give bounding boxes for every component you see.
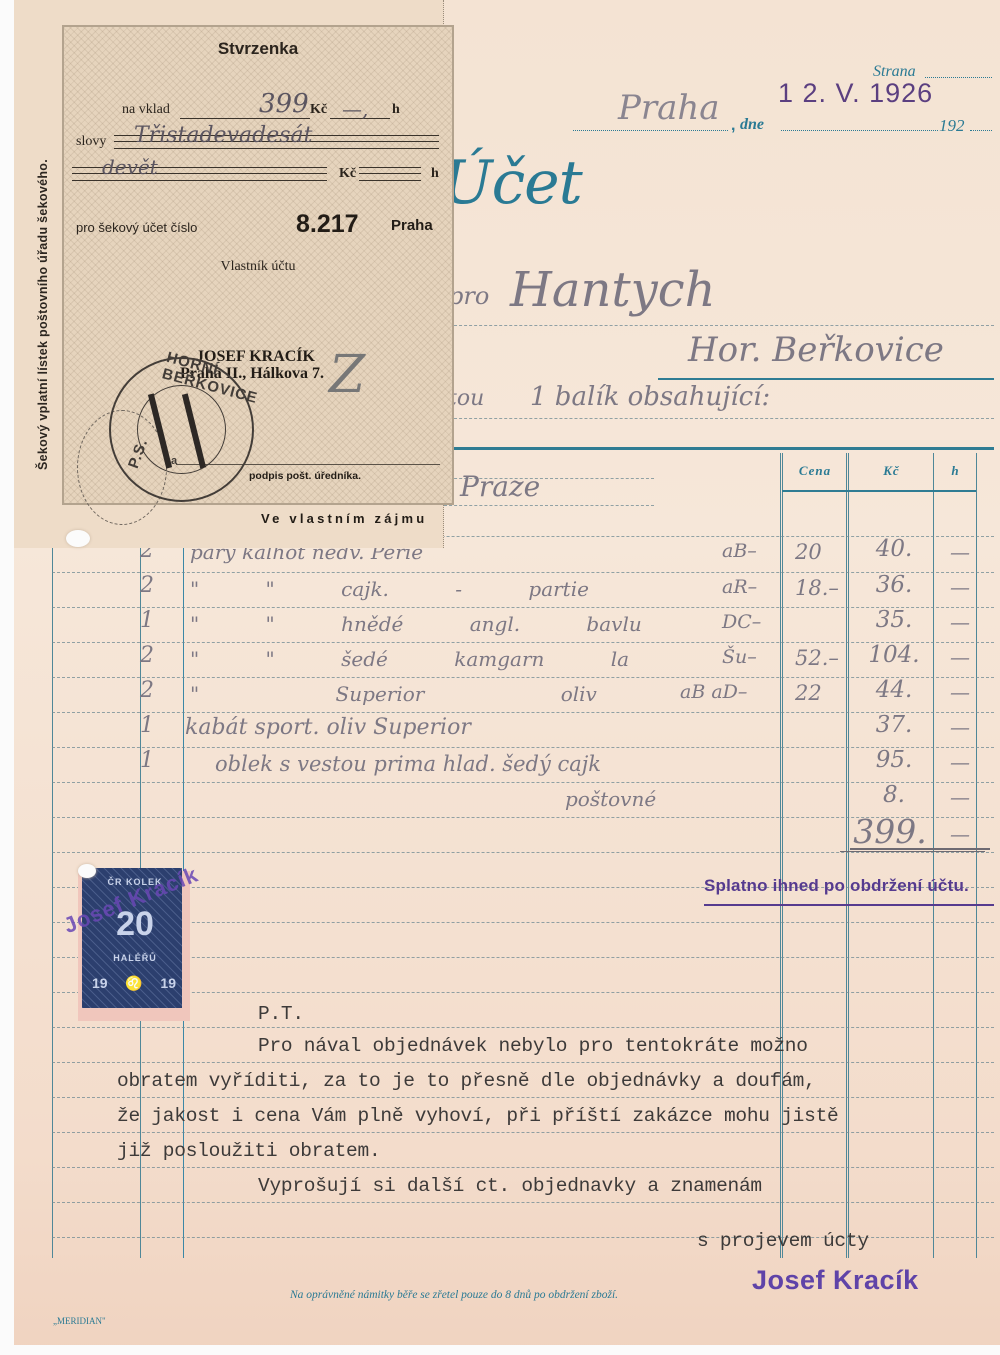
owner-label: Vlastník účtu	[64, 259, 452, 275]
row-price: 18.–	[795, 576, 845, 600]
words-h-field	[359, 167, 421, 181]
row-amount-h: —	[945, 750, 975, 774]
deposit-amount: 399	[259, 89, 309, 119]
revenue-stamp-year-right: 19	[160, 975, 176, 992]
receipt-stub-strip: Šekový vplatní lístek poštovního úřadu š…	[14, 0, 444, 548]
row-amount-kc: 35.	[855, 607, 933, 633]
row-rule	[52, 992, 994, 993]
row-quantity: 1	[140, 713, 154, 738]
row-amount-kc: 36.	[855, 572, 933, 598]
table-top-rule	[444, 447, 994, 450]
scan-margin	[0, 0, 14, 1355]
page-number-field	[925, 77, 992, 78]
row-rule	[52, 1132, 994, 1133]
words-value-2: devět	[102, 155, 158, 179]
column-rule-end	[976, 453, 977, 1258]
row-amount-kc: 8.	[855, 782, 933, 808]
address-rule	[444, 325, 994, 326]
row-amount-h: —	[945, 785, 975, 809]
row-rule	[52, 677, 994, 678]
total-amount-h: —	[945, 822, 975, 846]
clerk-initial: Z	[329, 345, 365, 405]
signature-stamp: Josef Kracík	[752, 1265, 919, 1296]
row-price: 20	[795, 540, 845, 564]
margin-rule	[52, 548, 53, 1258]
row-rule	[52, 1167, 994, 1168]
row-code: aR–	[722, 576, 757, 598]
account-city: Praha	[391, 217, 433, 234]
row-code: DC–	[722, 611, 761, 633]
column-rule-h	[933, 453, 934, 1258]
words-kc-label: Kč	[339, 166, 356, 182]
account-number: 8.217	[296, 210, 359, 239]
row-code: aB–	[722, 540, 757, 562]
postmark: HORNÍ BEŘKOVICE P.S. a	[109, 357, 254, 502]
deposit-kc-label: Kč	[310, 102, 327, 118]
table-header-rule	[782, 490, 976, 492]
row-amount-h: —	[945, 645, 975, 669]
row-description: " " šedé kamgarn la	[190, 647, 629, 671]
revenue-stamp-year-left: 19	[92, 975, 108, 992]
row-amount-kc: 44.	[855, 677, 933, 703]
salutation-fragment: pro	[448, 282, 489, 310]
row-code: Šu–	[722, 646, 757, 668]
row-rule	[52, 1202, 994, 1203]
row-rule	[52, 1027, 994, 1028]
row-amount-kc: 37.	[855, 712, 933, 738]
row-rule	[52, 642, 994, 643]
punch-hole	[78, 864, 96, 878]
date-label: dne	[740, 116, 764, 134]
row-amount-h: —	[945, 680, 975, 704]
row-description: " Superior oliv	[190, 682, 597, 706]
revenue-stamp-year: 19 ♌ 19	[92, 975, 176, 992]
row-rule	[52, 607, 994, 608]
row-rule	[52, 922, 994, 923]
row-description: poštovné	[565, 787, 656, 811]
row-quantity: 1	[140, 748, 154, 773]
letter-greeting: P.T.	[258, 1003, 304, 1025]
row-description: " " cajk. - partie	[190, 577, 589, 601]
row-description: oblek s vestou prima hlad. šedý cajk	[215, 752, 601, 776]
stub-title: Stvrzenka	[64, 39, 452, 59]
row-price: 52.–	[795, 646, 845, 670]
invoice-document: Strana 1 2. V. 1926 Praha , dne 192 Účet…	[0, 0, 1000, 1355]
words-value-1: Třistadevadesát	[134, 123, 312, 148]
date-field	[781, 130, 938, 131]
row-amount-kc: 104.	[855, 642, 933, 668]
row-quantity: 1	[140, 608, 154, 633]
scan-margin-bottom	[0, 1345, 1000, 1355]
row-rule	[52, 747, 994, 748]
punch-hole	[66, 530, 90, 547]
row-amount-h: —	[945, 715, 975, 739]
row-price: 22	[795, 681, 845, 705]
account-label: pro šekový účet číslo	[76, 220, 197, 235]
column-header-cena: Cena	[784, 463, 846, 479]
row-description: " " hnědé angl. bavlu	[190, 612, 642, 636]
location-rule-2	[444, 505, 654, 506]
printer-mark: „MERIDIAN"	[53, 1316, 106, 1326]
clerk-signature-label: podpis pošt. úředníka.	[249, 470, 361, 482]
row-rule	[52, 782, 994, 783]
stub-footer: Ve vlastním zájmu	[261, 511, 427, 526]
row-code: aB aD–	[680, 681, 747, 703]
place-handwritten: Praha	[618, 88, 720, 128]
deposit-label: na vklad	[122, 102, 170, 118]
year-prefix: 192	[939, 116, 965, 136]
row-quantity: 2	[140, 573, 154, 598]
shipment-rule	[444, 418, 994, 419]
row-rule	[52, 957, 994, 958]
sum-line-2	[840, 851, 985, 852]
column-header-kc: Kč	[850, 463, 933, 479]
date-stamp: 1 2. V. 1926	[778, 78, 933, 109]
row-rule	[52, 712, 994, 713]
payment-terms-underline	[704, 904, 994, 906]
row-quantity: 2	[140, 643, 154, 668]
row-quantity: 2	[140, 678, 154, 703]
letter-line: Pro nával objednávek nebylo pro tentokrá…	[258, 1035, 808, 1057]
row-amount-kc: 95.	[855, 747, 933, 773]
letter-line: obratem vyříditi, za to je to přesně dle…	[117, 1070, 816, 1092]
address-underline	[658, 378, 994, 380]
row-description: kabát sport. oliv Superior	[185, 715, 471, 740]
payment-terms-stamp: Splatno ihned po obdržení účtu.	[704, 876, 969, 896]
row-amount-h: —	[945, 610, 975, 634]
document-title: Účet	[442, 148, 582, 218]
row-amount-h: —	[945, 540, 975, 564]
row-rule	[52, 1062, 994, 1063]
year-field	[970, 130, 992, 131]
letter-line: již posloužiti obratem.	[117, 1140, 380, 1162]
letter-line: že jakost i cena Vám plně vyhoví, při př…	[117, 1105, 838, 1127]
words-h-label: h	[431, 166, 439, 182]
row-rule	[52, 852, 994, 853]
letter-paragraph-2: Vyprošují si další ct. objednavky a znam…	[258, 1175, 762, 1197]
deposit-h-value: —,	[342, 97, 368, 121]
revenue-stamp-unit: HALÉŘŮ	[100, 953, 170, 963]
complaints-note: Na oprávněné námitky běře se zřetel pouz…	[290, 1289, 618, 1301]
recipient-name: Hantych	[510, 262, 716, 318]
total-amount: 399.	[840, 812, 940, 851]
comma: ,	[731, 117, 735, 135]
deposit-h-label: h	[392, 102, 400, 118]
row-rule	[52, 572, 994, 573]
column-rule-kc	[846, 453, 849, 1258]
words-label: slovy	[76, 134, 106, 150]
shipment-note: 1 balík obsahující:	[530, 382, 770, 412]
row-amount-kc: 40.	[855, 536, 933, 562]
column-rule-cena	[780, 453, 783, 1258]
place-field	[573, 130, 728, 131]
recipient-town: Hor. Beřkovice	[688, 330, 944, 370]
postmark-letter: a	[171, 455, 178, 467]
row-amount-h: —	[945, 575, 975, 599]
row-rule	[52, 1097, 994, 1098]
letter-closing: s projevem úcty	[697, 1230, 869, 1252]
column-header-h: h	[935, 463, 976, 479]
location-note: Praze	[460, 470, 540, 503]
stub-side-text: Šekový vplatní lístek poštovního úřadu š…	[36, 40, 56, 470]
lion-emblem-icon: ♌	[125, 975, 142, 992]
